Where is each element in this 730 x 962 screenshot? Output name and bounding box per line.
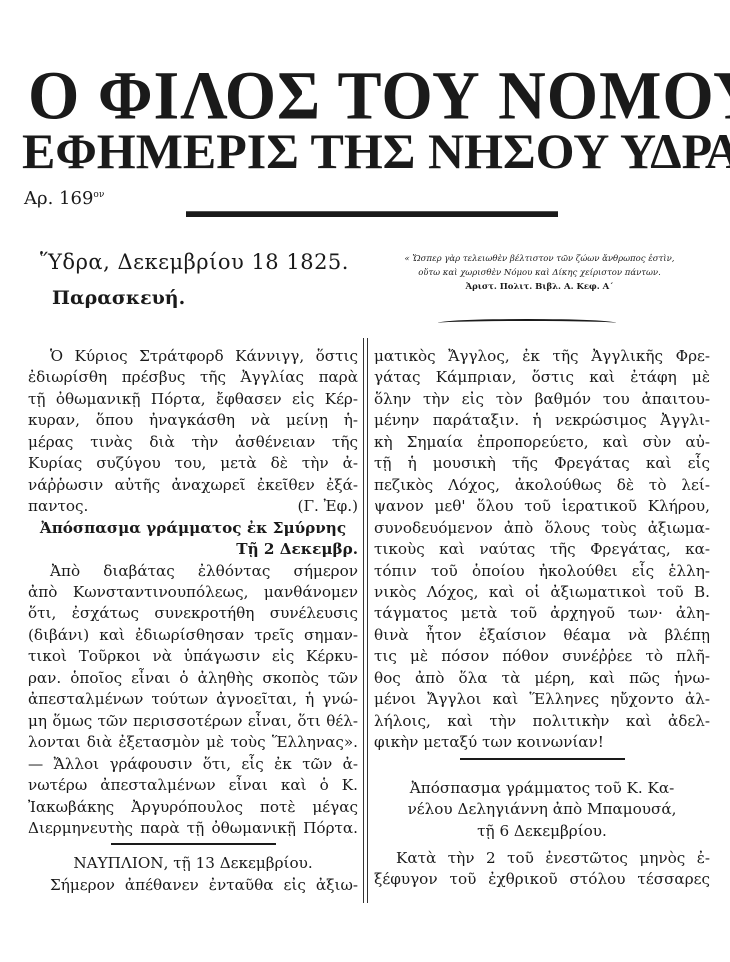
weekday: Παρασκευή. [52,287,185,309]
article-line: — Ἄλλοι γράφουσιν ὅτι, εἷς ἐκ τῶν ἀ- [28,754,358,775]
article-line: μη ὅμως τῶν περισσοτέρων εἶναι, ὅτι θέλ- [28,711,358,732]
article-line: Διερμηνευτὴς παρὰ τῇ ὀθωμανικῇ Πόρτα. [28,818,358,839]
article-line: ἀπὸ Κωνσταντινουπόλεως, μανθάνομεν [28,582,358,603]
epigraph-line: οὕτω καὶ χωρισθὲν Νόμου καὶ Δίκης χείρισ… [372,266,707,280]
article-line: θινὰ ἦτον ἐξαίσιον θέαμα νὰ βλέπῃ [374,625,710,646]
issue-number: Αρ. 169ον [24,185,104,209]
article-line: λονται διὰ ἐξετασμὸν μὲ τοὺς Ἕλληνας». [28,732,358,753]
epigraph: « Ὥσπερ γὰρ τελειωθὲν βέλτιστον τῶν ζώων… [372,252,707,294]
article-heading: νέλου Δεληγιάννη ἀπὸ Μπαμουσά, [374,799,710,820]
article-heading: Ἀπόσπασμα γράμματος τοῦ Κ. Κα- [374,778,710,799]
article-line: τικοὺς καὶ ναύτας τῆς Φρεγάτας, κα- [374,539,710,560]
article-heading-date: Τῇ 2 Δεκεμβρ. [28,539,358,560]
article-line: λήλοις, καὶ τὴν πολιτικὴν καὶ ἀδελ- [374,711,710,732]
article-line: ὅλην τὴν εἰς τὸν βαθμόν του ἀπαιτου- [374,389,710,410]
article-line-text: παντος. [28,496,88,517]
article-line: τόπιν τοῦ ὁποίου ἠκολούθει εἷς ἑλλη- [374,561,710,582]
epigraph-citation: Ἀριστ. Πολιτ. Βιβλ. Α. Κεφ. Α΄ [372,280,707,294]
article-line: Ἰακωβάκης Ἀργυρόπουλος ποτὲ μέγας [28,797,358,818]
article-line: μένοι Ἄγγλοι καὶ Ἕλληνες ηὔχοντο ἀλ- [374,689,710,710]
epigraph-line: « Ὥσπερ γὰρ τελειωθὲν βέλτιστον τῶν ζώων… [372,252,707,266]
article-line: τικοὶ Τοῦρκοι νὰ ὑπάγωσιν εἰς Κέρκυ- [28,646,358,667]
article-line: Ἀπὸ διαβάτας ἐλθόντας σήμερον [28,561,358,582]
column-divider [363,338,368,903]
article-line: τις μὲ πόσον πόθον συνέῤῥεε τὸ πλῆ- [374,646,710,667]
article-line: ἀπεσταλμένων τούτων ἀγνοεῖται, ἡ γνώ- [28,689,358,710]
article-line: τῇ ὀθωμανικῇ Πόρτα, ἔφθασεν εἰς Κέρ- [28,389,358,410]
article-line: ψανον μεθ' ὅλου τοῦ ἱερατικοῦ Κλήρου, [374,496,710,517]
article-line: ἐδιωρίσθη πρέσβυς τῆς Ἀγγλίας παρὰ [28,367,358,388]
article-line: μένην παράταξιν. ἡ νεκρώσιμος Ἀγγλι- [374,410,710,431]
article-line: ὅτι, ἐσχάτως συνεκροτήθη συνέλευσις [28,603,358,624]
article-heading: ΝΑΥΠΛΙΟΝ, τῇ 13 Δεκεμβρίου. [28,853,358,874]
article-line: νάῤῥωσιν αὐτῆς ἀναχωρεῖ ἐκεῖθεν ἐξά- [28,475,358,496]
article-line: συνοδευόμενον ἀπὸ ὅλους τοὺς ἀξιωμα- [374,518,710,539]
article-line: παντος. (Γ. Ἐφ.) [28,496,358,517]
article-line: τῇ ἡ μουσικὴ τῆς Φρεγάτας καὶ εἷς [374,453,710,474]
left-column: Ὁ Κύριος Στράτφορδ Κάννιγγ, ὅστις ἐδιωρί… [28,346,358,896]
newspaper-page: Ο ΦΙΛΟΣ ΤΟΥ ΝΟΜΟΥ. ΕΦΗΜΕΡΙΣ ΤΗΣ ΝΗΣΟΥ ΥΔ… [0,0,730,962]
article-line: μέρας τινὰς διὰ τὴν ἀσθένειαν τῆς [28,432,358,453]
spacer [374,768,710,778]
article-line: τάγματος μετὰ τοῦ ἀρχηγοῦ των· ἀλη- [374,603,710,624]
article-line: Κατὰ τὴν 2 τοῦ ἐνεστῶτος μηνὸς ἐ- [374,848,710,869]
article-line: Σήμερον ἀπέθανεν ἐνταῦθα εἰς ἀξιω- [28,875,358,896]
section-rule [460,758,625,760]
epigraph-rule [438,319,616,323]
article-line: κυραν, ὅπου ἠναγκάσθη νὰ μείνῃ ἡ- [28,410,358,431]
article-heading-date: τῇ 6 Δεκεμβρίου. [374,821,710,842]
source-tag: (Γ. Ἐφ.) [298,496,358,517]
section-rule [111,843,276,845]
header-rule [186,211,558,217]
article-line: φικὴν μεταξύ των κοινωνίαν! [374,732,710,753]
issue-label: Αρ. [24,188,53,209]
article-line: (διβάνι) καὶ ἐδιωρίσθησαν τρεῖς σημαν- [28,625,358,646]
article-line: θος ἀπὸ ὅλα τὰ μέρη, καὶ πῶς ἡνω- [374,668,710,689]
article-line: ξέφυγον τοῦ ἐχθρικοῦ στόλου τέσσαρες [374,869,710,890]
masthead-title: Ο ΦΙΛΟΣ ΤΟΥ ΝΟΜΟΥ. [28,62,718,131]
article-line: ματικὸς Ἄγγλος, ἐκ τῆς Ἀγγλικῆς Φρε- [374,346,710,367]
article-line: νωτέρω ἀπεσταλμένων εἶναι καὶ ὁ Κ. [28,775,358,796]
article-line: πεζικὸς Λόχος, ἀκολούθως δὲ τὸ λεί- [374,475,710,496]
article-line: ραν. ὁποῖος εἶναι ὁ ἀληθὴς σκοπὸς τῶν [28,668,358,689]
article-line: Κυρίας συζύγου του, μετὰ δὲ τὴν ἀ- [28,453,358,474]
article-heading: Ἀπόσπασμα γράμματος ἐκ Σμύρνης [28,518,358,539]
article-line: κὴ Σημαία ἐπροπορεύετο, καὶ σὺν αὐ- [374,432,710,453]
article-line: Ὁ Κύριος Στράτφορδ Κάννιγγ, ὅστις [28,346,358,367]
dateline: Ὕδρα, Δεκεμβρίου 18 1825. [40,250,349,274]
article-line: νικὸς Λόχος, καὶ οἱ ἀξιωματικοὶ τοῦ Β. [374,582,710,603]
masthead-subtitle: ΕΦΗΜΕΡΙΣ ΤΗΣ ΝΗΣΟΥ ΥΔΡΑΣ, [22,124,722,178]
issue-suffix: ον [93,190,104,200]
issue-value: 169 [59,188,93,209]
article-line: γάτας Κάμπριαν, ὅστις καὶ ἐτάφη μὲ [374,367,710,388]
right-column: ματικὸς Ἄγγλος, ἐκ τῆς Ἀγγλικῆς Φρε- γάτ… [374,346,710,891]
